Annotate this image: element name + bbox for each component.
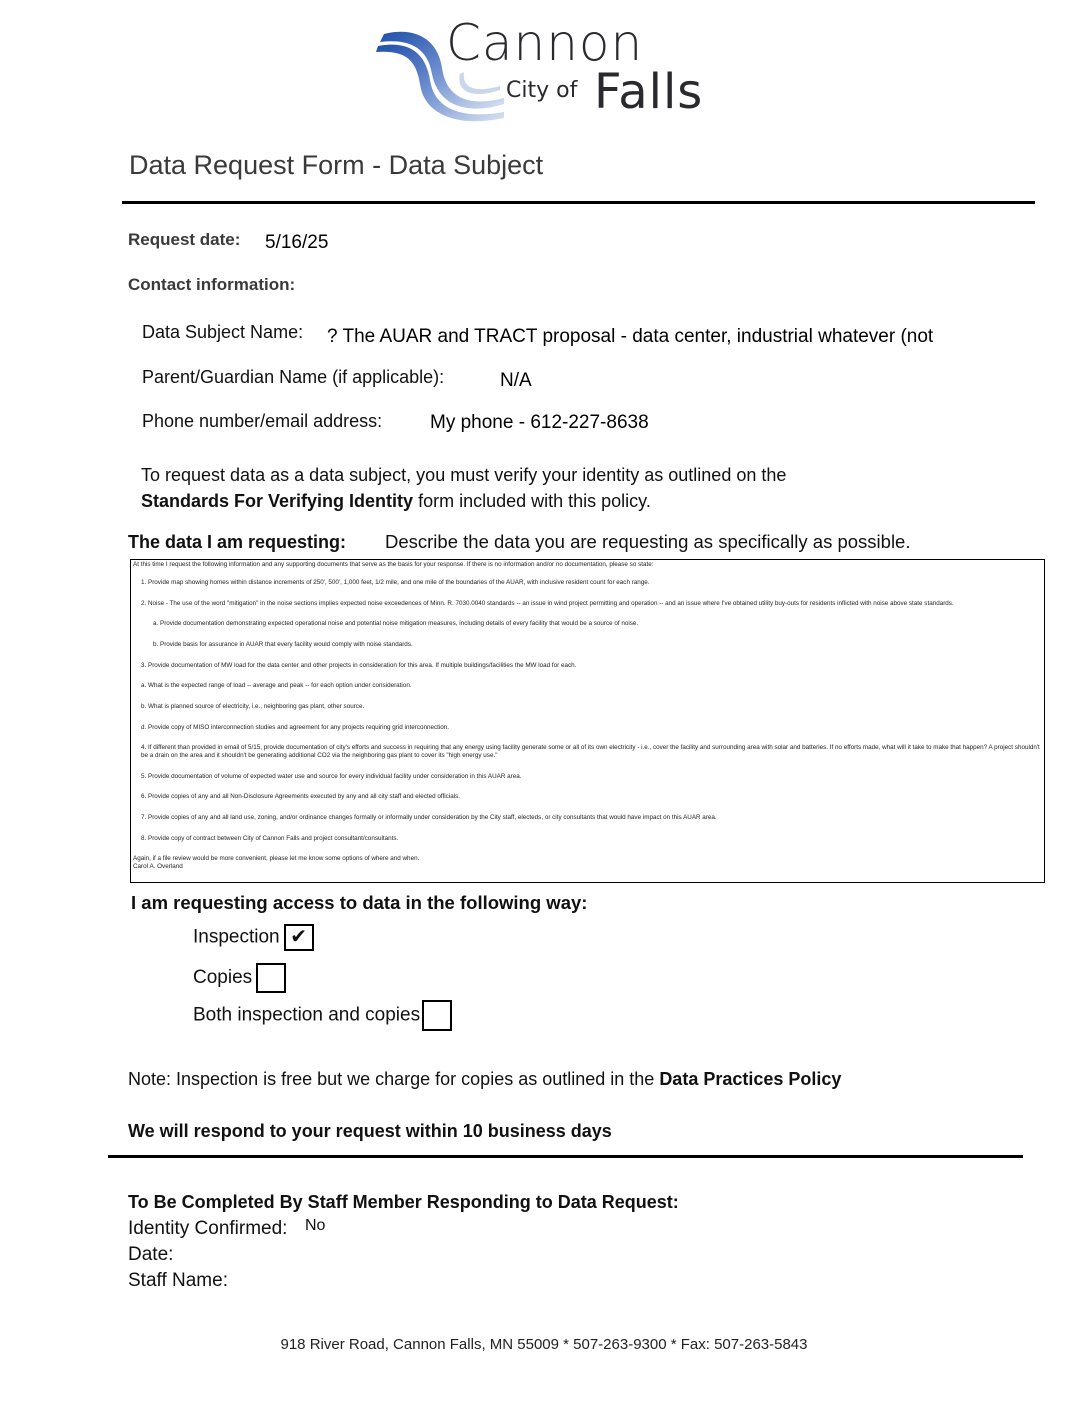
request-item-3b: b. What is planned source of electricity…: [133, 703, 1042, 711]
logo-cannon-text: Cannon: [446, 18, 643, 68]
request-item-2b: b. Provide basis for assurance in AUAR t…: [133, 641, 1042, 649]
request-intro: At this time I request the following inf…: [133, 561, 1042, 569]
option-both-label: Both inspection and copies: [193, 1005, 420, 1026]
copies-checkbox[interactable]: [256, 963, 286, 993]
identity-confirmed-label: Identity Confirmed:: [128, 1218, 287, 1240]
identity-confirmed-value[interactable]: No: [305, 1217, 325, 1235]
subject-name-value[interactable]: ? The AUAR and TRACT proposal - data cen…: [327, 326, 933, 348]
verify-text-rest: form included with this policy.: [413, 491, 651, 511]
logo-falls-text: Falls: [594, 68, 703, 116]
request-item-2: 2. Noise - The use of the word "mitigati…: [133, 600, 1042, 608]
verify-text-line2: Standards For Verifying Identity form in…: [141, 491, 651, 512]
request-item-3a: a. What is the expected range of load --…: [133, 682, 1042, 690]
request-item-1: 1. Provide map showing homes within dist…: [133, 579, 1042, 587]
request-item-4: 4. If different than provided in email o…: [133, 744, 1042, 760]
phone-label: Phone number/email address:: [142, 411, 382, 432]
request-item-2a: a. Provide documentation demonstrating e…: [133, 620, 1042, 628]
option-copies: Copies: [193, 963, 286, 993]
requesting-instruction: Describe the data you are requesting as …: [385, 531, 910, 553]
guardian-label: Parent/Guardian Name (if applicable):: [142, 367, 444, 388]
note-text: Note: Inspection is free but we charge f…: [128, 1069, 841, 1090]
subject-name-label: Data Subject Name:: [142, 322, 303, 343]
request-details-field[interactable]: At this time I request the following inf…: [130, 559, 1045, 883]
request-item-6: 6. Provide copies of any and all Non-Dis…: [133, 793, 1042, 801]
request-item-3: 3. Provide documentation of MW load for …: [133, 662, 1042, 670]
title-divider: [122, 201, 1035, 204]
request-signature: Carol A. Overland: [133, 863, 1042, 871]
request-item-5: 5. Provide documentation of volume of ex…: [133, 773, 1042, 781]
note-text-plain: Note: Inspection is free but we charge f…: [128, 1069, 659, 1089]
staff-heading: To Be Completed By Staff Member Respondi…: [128, 1192, 679, 1213]
option-copies-label: Copies: [193, 967, 252, 988]
requesting-label: The data I am requesting:: [128, 532, 346, 553]
verify-standards-link: Standards For Verifying Identity: [141, 491, 413, 511]
section-divider: [108, 1155, 1023, 1158]
option-inspection: Inspection✔: [193, 924, 314, 951]
option-both: Both inspection and copies: [193, 1000, 452, 1031]
both-checkbox[interactable]: [422, 1000, 452, 1031]
guardian-value[interactable]: N/A: [500, 370, 532, 392]
request-date-value[interactable]: 5/16/25: [265, 232, 328, 254]
verify-text-line1: To request data as a data subject, you m…: [141, 465, 786, 486]
staff-date-label: Date:: [128, 1244, 173, 1266]
request-closing: Again, if a file review would be more co…: [133, 855, 1042, 863]
request-item-8: 8. Provide copy of contract between City…: [133, 835, 1042, 843]
data-practices-policy-link: Data Practices Policy: [659, 1069, 841, 1089]
page-title: Data Request Form - Data Subject: [129, 150, 543, 181]
respond-notice: We will respond to your request within 1…: [128, 1121, 612, 1142]
request-item-7: 7. Provide copies of any and all land us…: [133, 814, 1042, 822]
option-inspection-label: Inspection: [193, 927, 280, 948]
inspection-checkbox[interactable]: ✔: [284, 924, 314, 951]
access-heading: I am requesting access to data in the fo…: [131, 892, 587, 914]
contact-heading: Contact information:: [128, 275, 295, 295]
footer-address: 918 River Road, Cannon Falls, MN 55009 *…: [0, 1336, 1088, 1353]
logo-cityof-text: City of: [506, 80, 577, 102]
request-date-label: Request date:: [128, 230, 240, 250]
staff-name-label: Staff Name:: [128, 1270, 228, 1292]
request-item-3d: d. Provide copy of MISO interconnection …: [133, 724, 1042, 732]
phone-value[interactable]: My phone - 612-227-8638: [430, 412, 649, 434]
